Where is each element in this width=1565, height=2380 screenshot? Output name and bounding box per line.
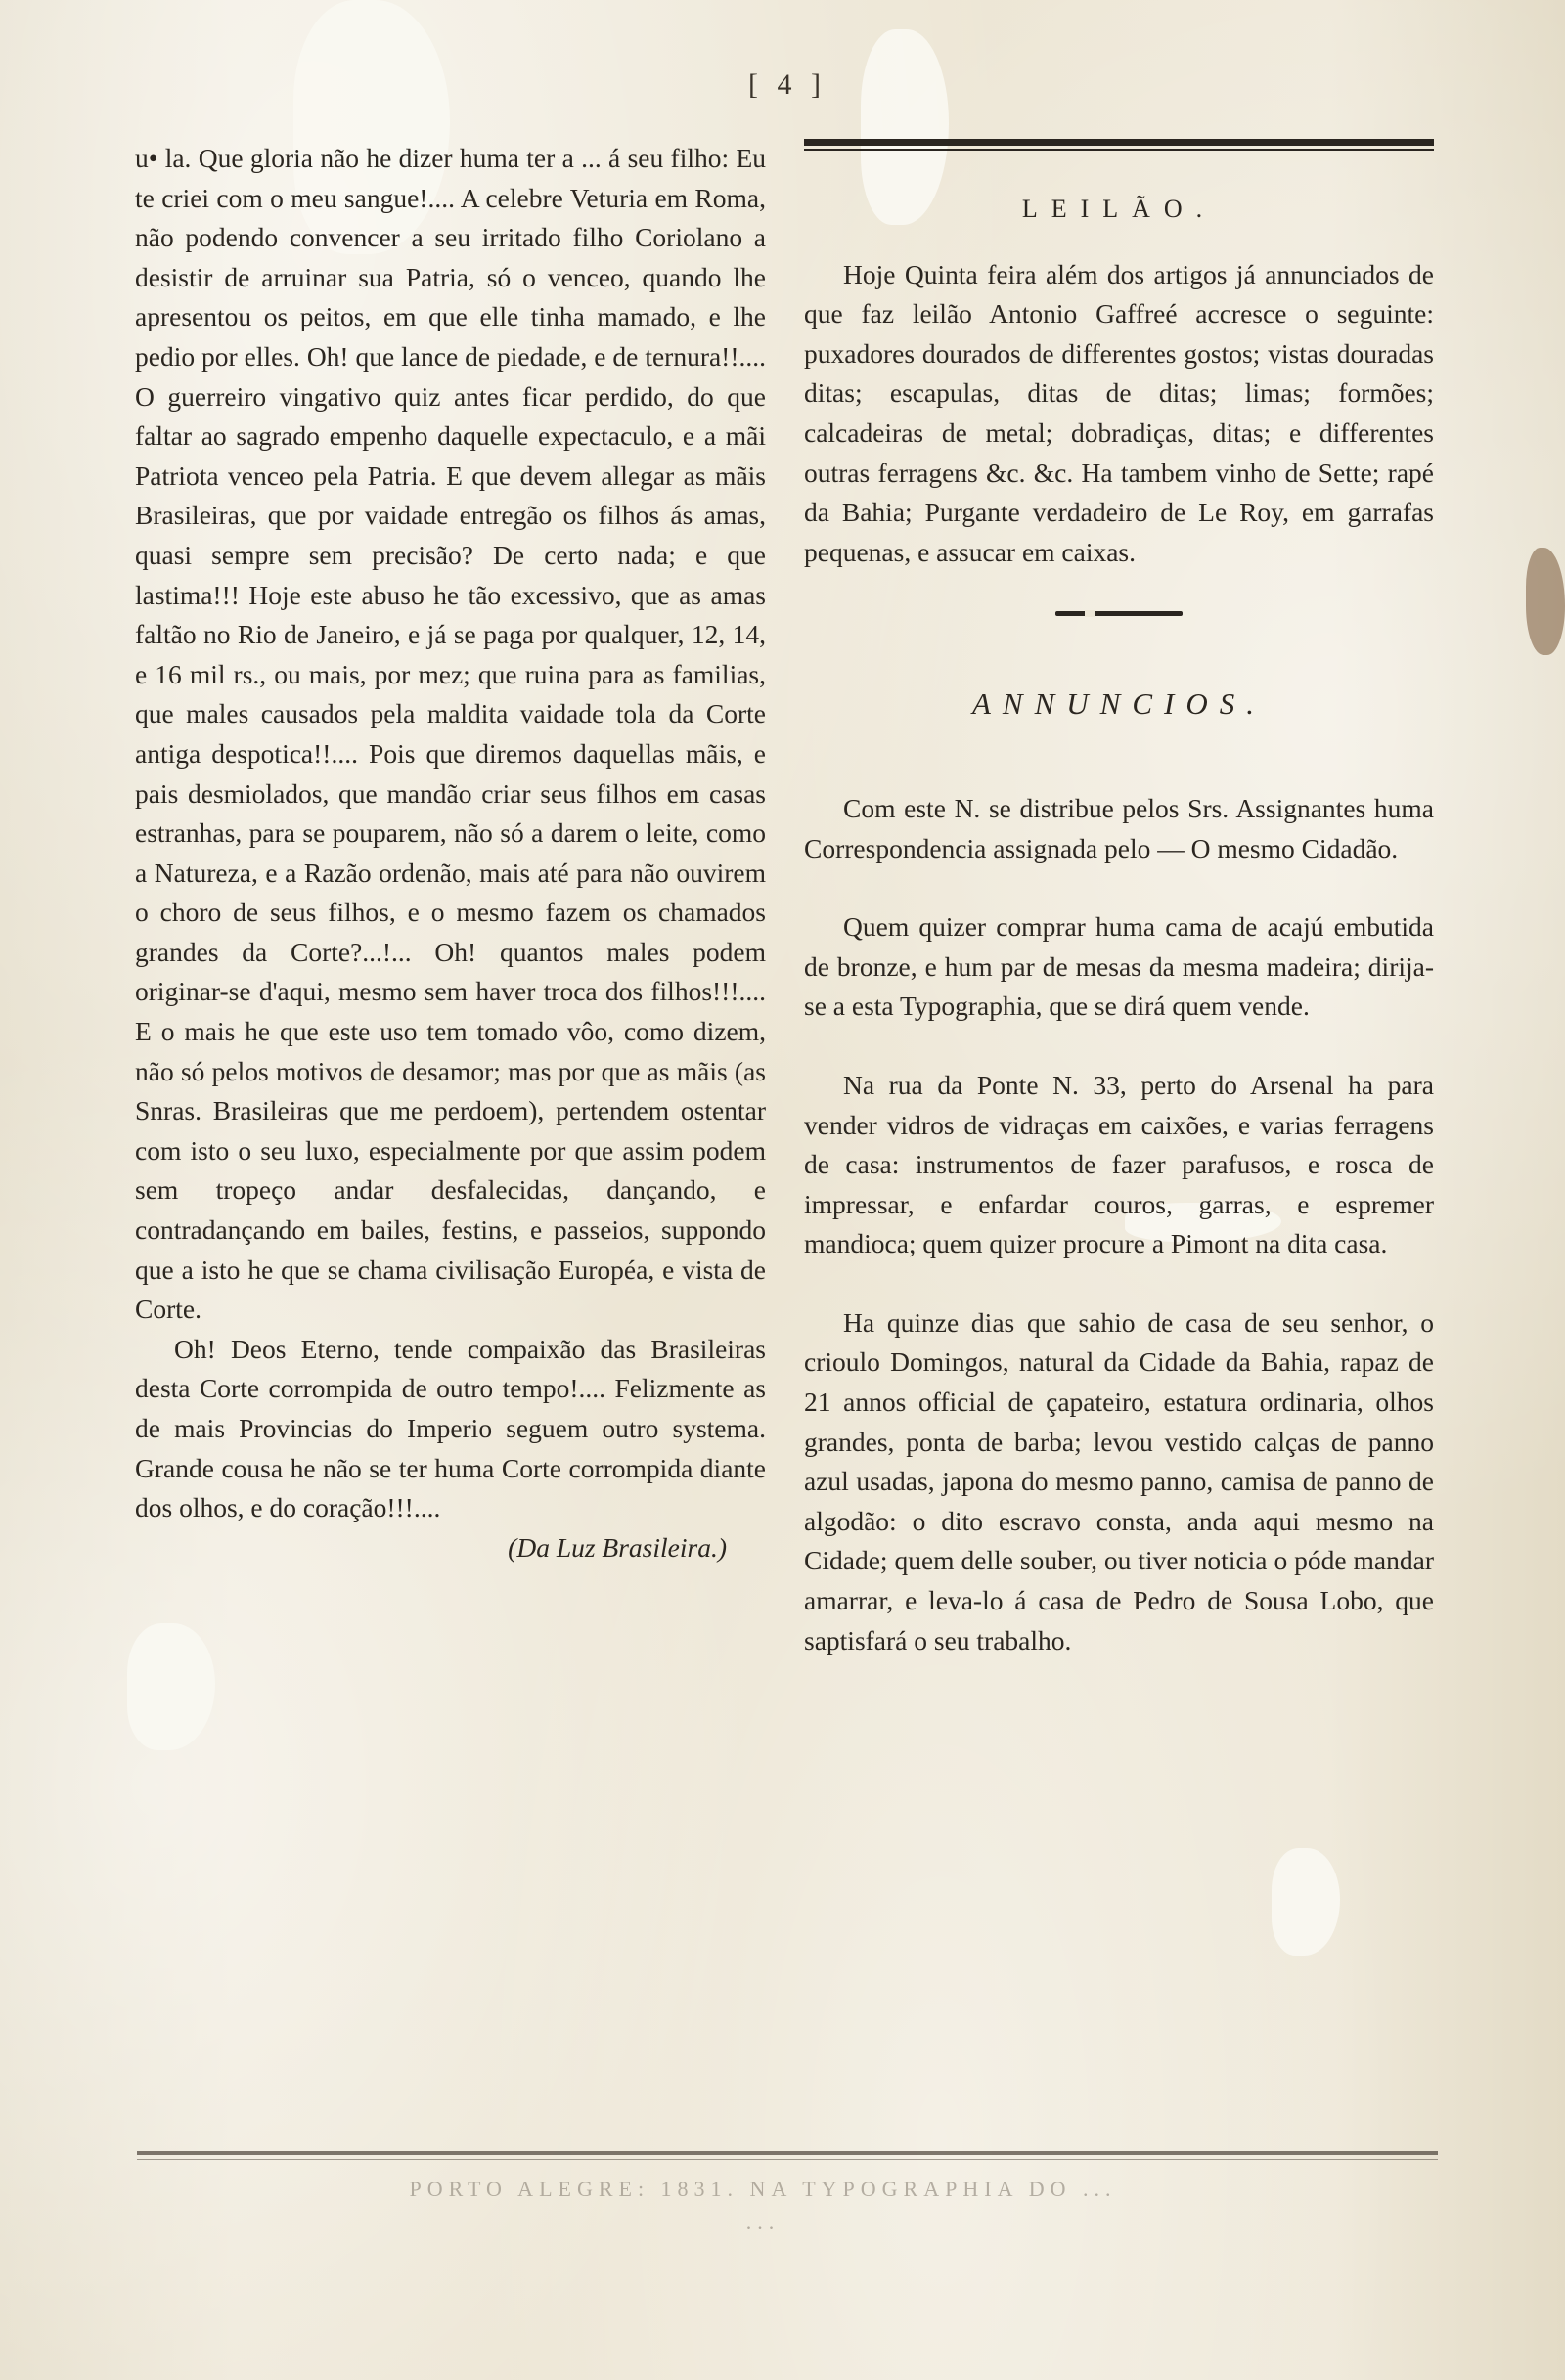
page-number: [ 4 ] xyxy=(748,68,827,102)
article-attribution: (Da Luz Brasileira.) xyxy=(135,1528,766,1568)
annuncios-heading: ANNUNCIOS. xyxy=(804,684,1434,725)
double-rule-divider xyxy=(804,139,1434,151)
article-paragraph: Oh! Deos Eterno, tende compaixão das Bra… xyxy=(135,1330,766,1528)
imprint-line: ... xyxy=(225,2206,1301,2239)
right-column: LEILÃO. Hoje Quinta feira além dos artig… xyxy=(804,139,1434,1660)
imprint-line: PORTO ALEGRE: 1831. NA TYPOGRAPHIA DO ..… xyxy=(225,2173,1301,2206)
announcement-item: Quem quizer comprar huma cama de acajú e… xyxy=(804,907,1434,1027)
footer-rule xyxy=(137,2151,1438,2155)
announcement-item: Na rua da Ponte N. 33, perto do Arsenal … xyxy=(804,1066,1434,1264)
paper-damage xyxy=(127,1623,215,1750)
printer-imprint: PORTO ALEGRE: 1831. NA TYPOGRAPHIA DO ..… xyxy=(225,2173,1301,2239)
paper-stain xyxy=(1526,548,1565,655)
announcement-item: Ha quinze dias que sahio de casa de seu … xyxy=(804,1303,1434,1660)
footer-rule-thin xyxy=(137,2159,1438,2160)
leilao-body: Hoje Quinta feira além dos artigos já an… xyxy=(804,255,1434,573)
announcement-item: Com este N. se distribue pelos Srs. Assi… xyxy=(804,789,1434,868)
section-ornament xyxy=(1055,611,1183,616)
left-column: u• la. Que gloria não he dizer huma ter … xyxy=(135,139,766,1567)
newspaper-page: [ 4 ] u• la. Que gloria não he dizer hum… xyxy=(0,0,1565,2380)
article-paragraph: u• la. Que gloria não he dizer huma ter … xyxy=(135,139,766,1330)
paper-damage xyxy=(1272,1848,1340,1956)
leilao-heading: LEILÃO. xyxy=(804,190,1434,230)
